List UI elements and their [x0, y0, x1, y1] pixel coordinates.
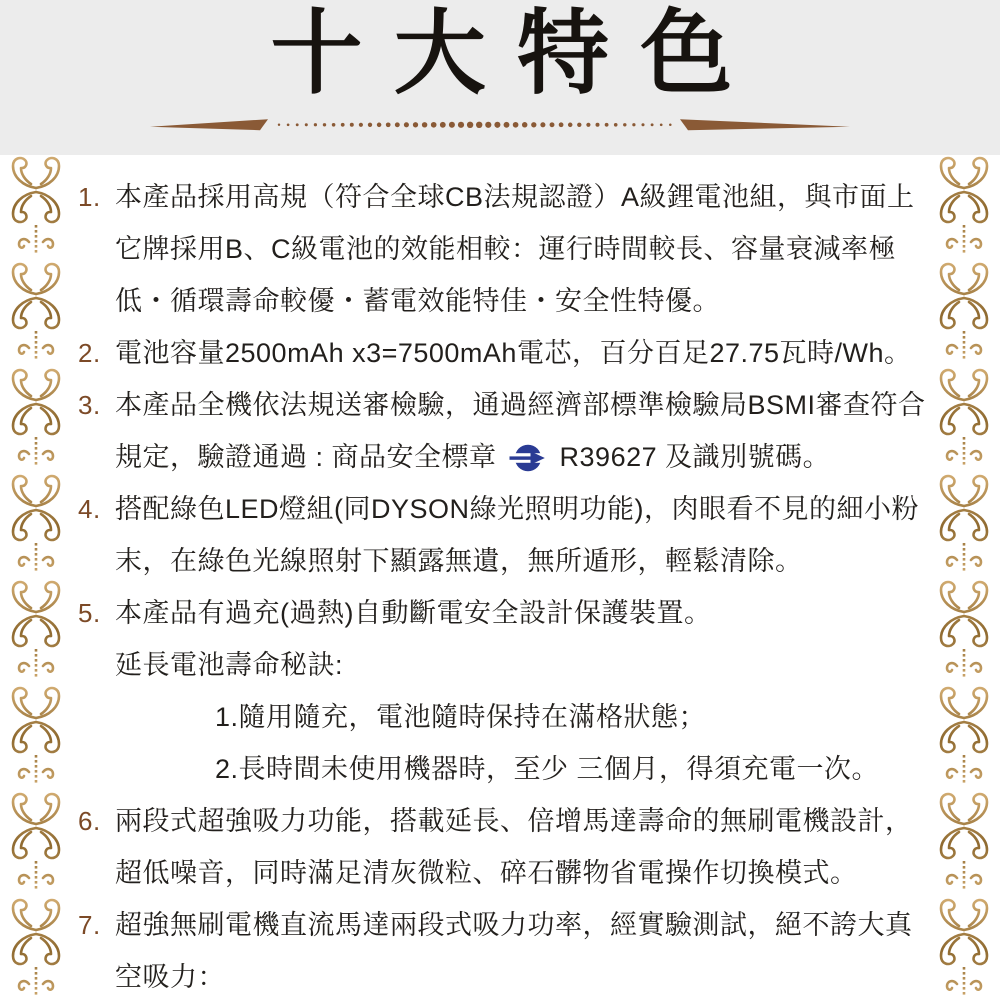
- divider-dots-row: [278, 122, 672, 128]
- item-text: 搭配綠色LED燈組(同DYSON綠光照明功能)，肉眼看不見的細小粉末，在綠色光線…: [115, 483, 932, 587]
- list-item: 3. 本產品全機依法規送審檢驗，通過經濟部標準檢驗局BSMI審查符合規定，驗證通…: [78, 379, 932, 483]
- scroll-flourish-ornament: [936, 685, 992, 791]
- list-item: 7. 超強無刷電機直流馬達兩段式吸力功率，經實驗測試，絕不誇大真空吸力：: [78, 899, 932, 1000]
- item-number: 6.: [78, 795, 115, 847]
- item-number: 2.: [78, 327, 115, 379]
- scroll-flourish-ornament: [8, 261, 64, 367]
- list-item: 5. 本產品有過充(過熱)自動斷電安全設計保護裝置。 延長電池壽命秘訣: 1.隨…: [78, 587, 932, 795]
- scroll-flourish-ornament: [936, 473, 992, 579]
- item-text: 超強無刷電機直流馬達兩段式吸力功率，經實驗測試，絕不誇大真空吸力：: [115, 899, 932, 1000]
- title-divider: [0, 117, 1000, 133]
- battery-tip: 2.長時間未使用機器時，至少 三個月，得須充電一次。: [215, 743, 932, 795]
- scroll-flourish-ornament: [936, 897, 992, 1000]
- page-title: 十大特色: [0, 0, 1000, 104]
- item-text: 兩段式超強吸力功能，搭載延長、倍增馬達壽命的無刷電機設計，超低噪音，同時滿足清灰…: [115, 795, 932, 899]
- battery-tips-title: 延長電池壽命秘訣:: [115, 639, 932, 691]
- item-main-text: 本產品有過充(過熱)自動斷電安全設計保護裝置。: [115, 587, 932, 639]
- scroll-flourish-ornament: [936, 261, 992, 367]
- divider-swoosh-right: [680, 119, 850, 130]
- battery-tip: 1.隨用隨充，電池隨時保持在滿格狀態；: [215, 691, 932, 743]
- border-ornament-right: [936, 155, 992, 1000]
- bsmi-safety-mark-icon: [507, 441, 547, 475]
- scroll-flourish-ornament: [8, 579, 64, 685]
- item-number: 5.: [78, 587, 115, 639]
- border-ornament-left: [8, 155, 64, 1000]
- item-number: 7.: [78, 899, 115, 951]
- item-text: 本產品有過充(過熱)自動斷電安全設計保護裝置。 延長電池壽命秘訣: 1.隨用隨充…: [115, 587, 932, 795]
- scroll-flourish-ornament: [936, 579, 992, 685]
- list-item: 1. 本產品採用高規（符合全球CB法規認證）A級鋰電池組，與市面上它牌採用B、C…: [78, 171, 932, 327]
- feature-list: 1. 本產品採用高規（符合全球CB法規認證）A級鋰電池組，與市面上它牌採用B、C…: [78, 155, 932, 1000]
- page-header: 十大特色: [0, 0, 1000, 155]
- scroll-flourish-ornament: [8, 791, 64, 897]
- list-item: 6. 兩段式超強吸力功能，搭載延長、倍增馬達壽命的無刷電機設計，超低噪音，同時滿…: [78, 795, 932, 899]
- item-text: 電池容量2500mAh x3=7500mAh電芯，百分百足27.75瓦時/Wh。: [115, 327, 932, 379]
- item-text-after-mark: R39627 及識別號碼。: [560, 442, 831, 472]
- item-text: 本產品採用高規（符合全球CB法規認證）A級鋰電池組，與市面上它牌採用B、C級電池…: [115, 171, 932, 327]
- scroll-flourish-ornament: [8, 155, 64, 261]
- scroll-flourish-ornament: [936, 155, 992, 261]
- list-item: 2. 電池容量2500mAh x3=7500mAh電芯，百分百足27.75瓦時/…: [78, 327, 932, 379]
- scroll-flourish-ornament: [8, 367, 64, 473]
- item-number: 4.: [78, 483, 115, 535]
- item-number: 3.: [78, 379, 115, 431]
- scroll-flourish-ornament: [8, 897, 64, 1000]
- scroll-flourish-ornament: [8, 685, 64, 791]
- item-text: 本產品全機依法規送審檢驗，通過經濟部標準檢驗局BSMI審查符合規定，驗證通過 :…: [115, 379, 932, 483]
- divider-swoosh-left: [150, 119, 268, 130]
- item-number: 1.: [78, 171, 115, 223]
- scroll-flourish-ornament: [936, 367, 992, 473]
- scroll-flourish-ornament: [936, 791, 992, 897]
- list-item: 4. 搭配綠色LED燈組(同DYSON綠光照明功能)，肉眼看不見的細小粉末，在綠…: [78, 483, 932, 587]
- scroll-flourish-ornament: [8, 473, 64, 579]
